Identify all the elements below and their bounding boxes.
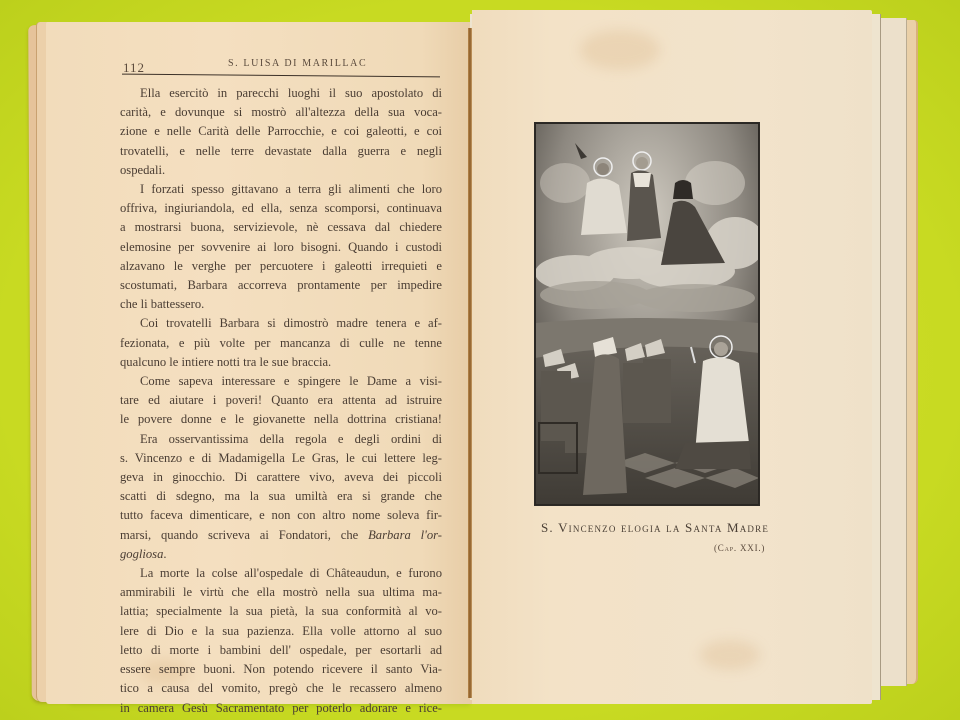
text-line: essere sempre buoni. Non potendo ricever… — [120, 660, 442, 679]
text-line: a mostrarsi buona, servizievole, nè cess… — [120, 218, 442, 237]
body-text: Ella esercitò in parecchi luoghi il suo … — [120, 84, 442, 718]
text-line: s. Vincenzo e di Madamigella Le Gras, le… — [120, 449, 442, 468]
text-line: scostumati, Barbara accorreva prontament… — [120, 276, 442, 295]
text-line: qualcuno le intiere notti tra le sue bra… — [120, 353, 442, 372]
text-line: tico a causa del vomito, pregò che le re… — [120, 679, 442, 698]
text-line: ospedali. — [120, 161, 442, 180]
text-line: le povere donne e le giovanette nella do… — [120, 410, 442, 429]
text-line: elemosine per sovvenire ai loro bisogni.… — [120, 238, 442, 257]
running-head: 112 S. LUISA DI MARILLAC — [123, 58, 438, 74]
paper-stain — [700, 640, 760, 670]
text-line: che li battessero. — [120, 295, 442, 314]
illustration-plate — [534, 122, 760, 506]
illustration-caption: S. Vincenzo elogia la Santa Madre — [541, 520, 781, 536]
text-line: offriva, ingiuriandola, ed ella, senza s… — [120, 199, 442, 218]
text-line: alzavano le verghe per percuotere i gale… — [120, 257, 442, 276]
illustration-image — [535, 123, 759, 505]
text-line: trovatelli, e nelle terre devastate dall… — [120, 142, 442, 161]
text-line: ammirabili le virtù che ella mostrò nell… — [120, 583, 442, 602]
text-line: gogliosa. — [120, 545, 442, 564]
chapter-reference: (Cap. XXI.) — [714, 543, 765, 553]
text-line: Ella esercitò in parecchi luoghi il suo … — [120, 84, 442, 103]
book-gutter — [468, 28, 472, 698]
text-line: carità, e dovunque si mostrò all'altezza… — [120, 103, 442, 122]
text-line: in camera Gesù Sacramentato per poterlo … — [120, 699, 442, 718]
text-line: fezionata, e più volte per mancanza di c… — [120, 334, 442, 353]
text-line: I forzati spesso gittavano a terra gli a… — [120, 180, 442, 199]
text-line: Era osservantissima della regola e degli… — [120, 430, 442, 449]
text-line: La morte la colse all'ospedale di Châtea… — [120, 564, 442, 583]
running-title: S. LUISA DI MARILLAC — [228, 58, 367, 69]
text-line: zione e nelle Carità delle Parrocchie, e… — [120, 122, 442, 141]
text-line: tutto faceva dimenticare, e non con altr… — [120, 506, 442, 525]
text-line: scatti di sdegno, ma la sua umiltà era s… — [120, 487, 442, 506]
text-line: letto di morte i bambini dell' ospedale,… — [120, 641, 442, 660]
text-line: marsi, quando scriveva ai Fondatori, che… — [120, 526, 442, 545]
text-line: lere di Dio e la sua pazienza. Ella voll… — [120, 622, 442, 641]
text-line: geva in ginocchio. Di carattere vivo, av… — [120, 468, 442, 487]
text-line: Coi trovatelli Barbara si dimostrò madre… — [120, 314, 442, 333]
paper-stain — [580, 30, 660, 70]
text-line: Come sapeva interessare e spingere le Da… — [120, 372, 442, 391]
text-line: tare ed aiutare i poveri! Quanto era att… — [120, 391, 442, 410]
text-line: lattia; specialmente la sua pietà, la su… — [120, 602, 442, 621]
